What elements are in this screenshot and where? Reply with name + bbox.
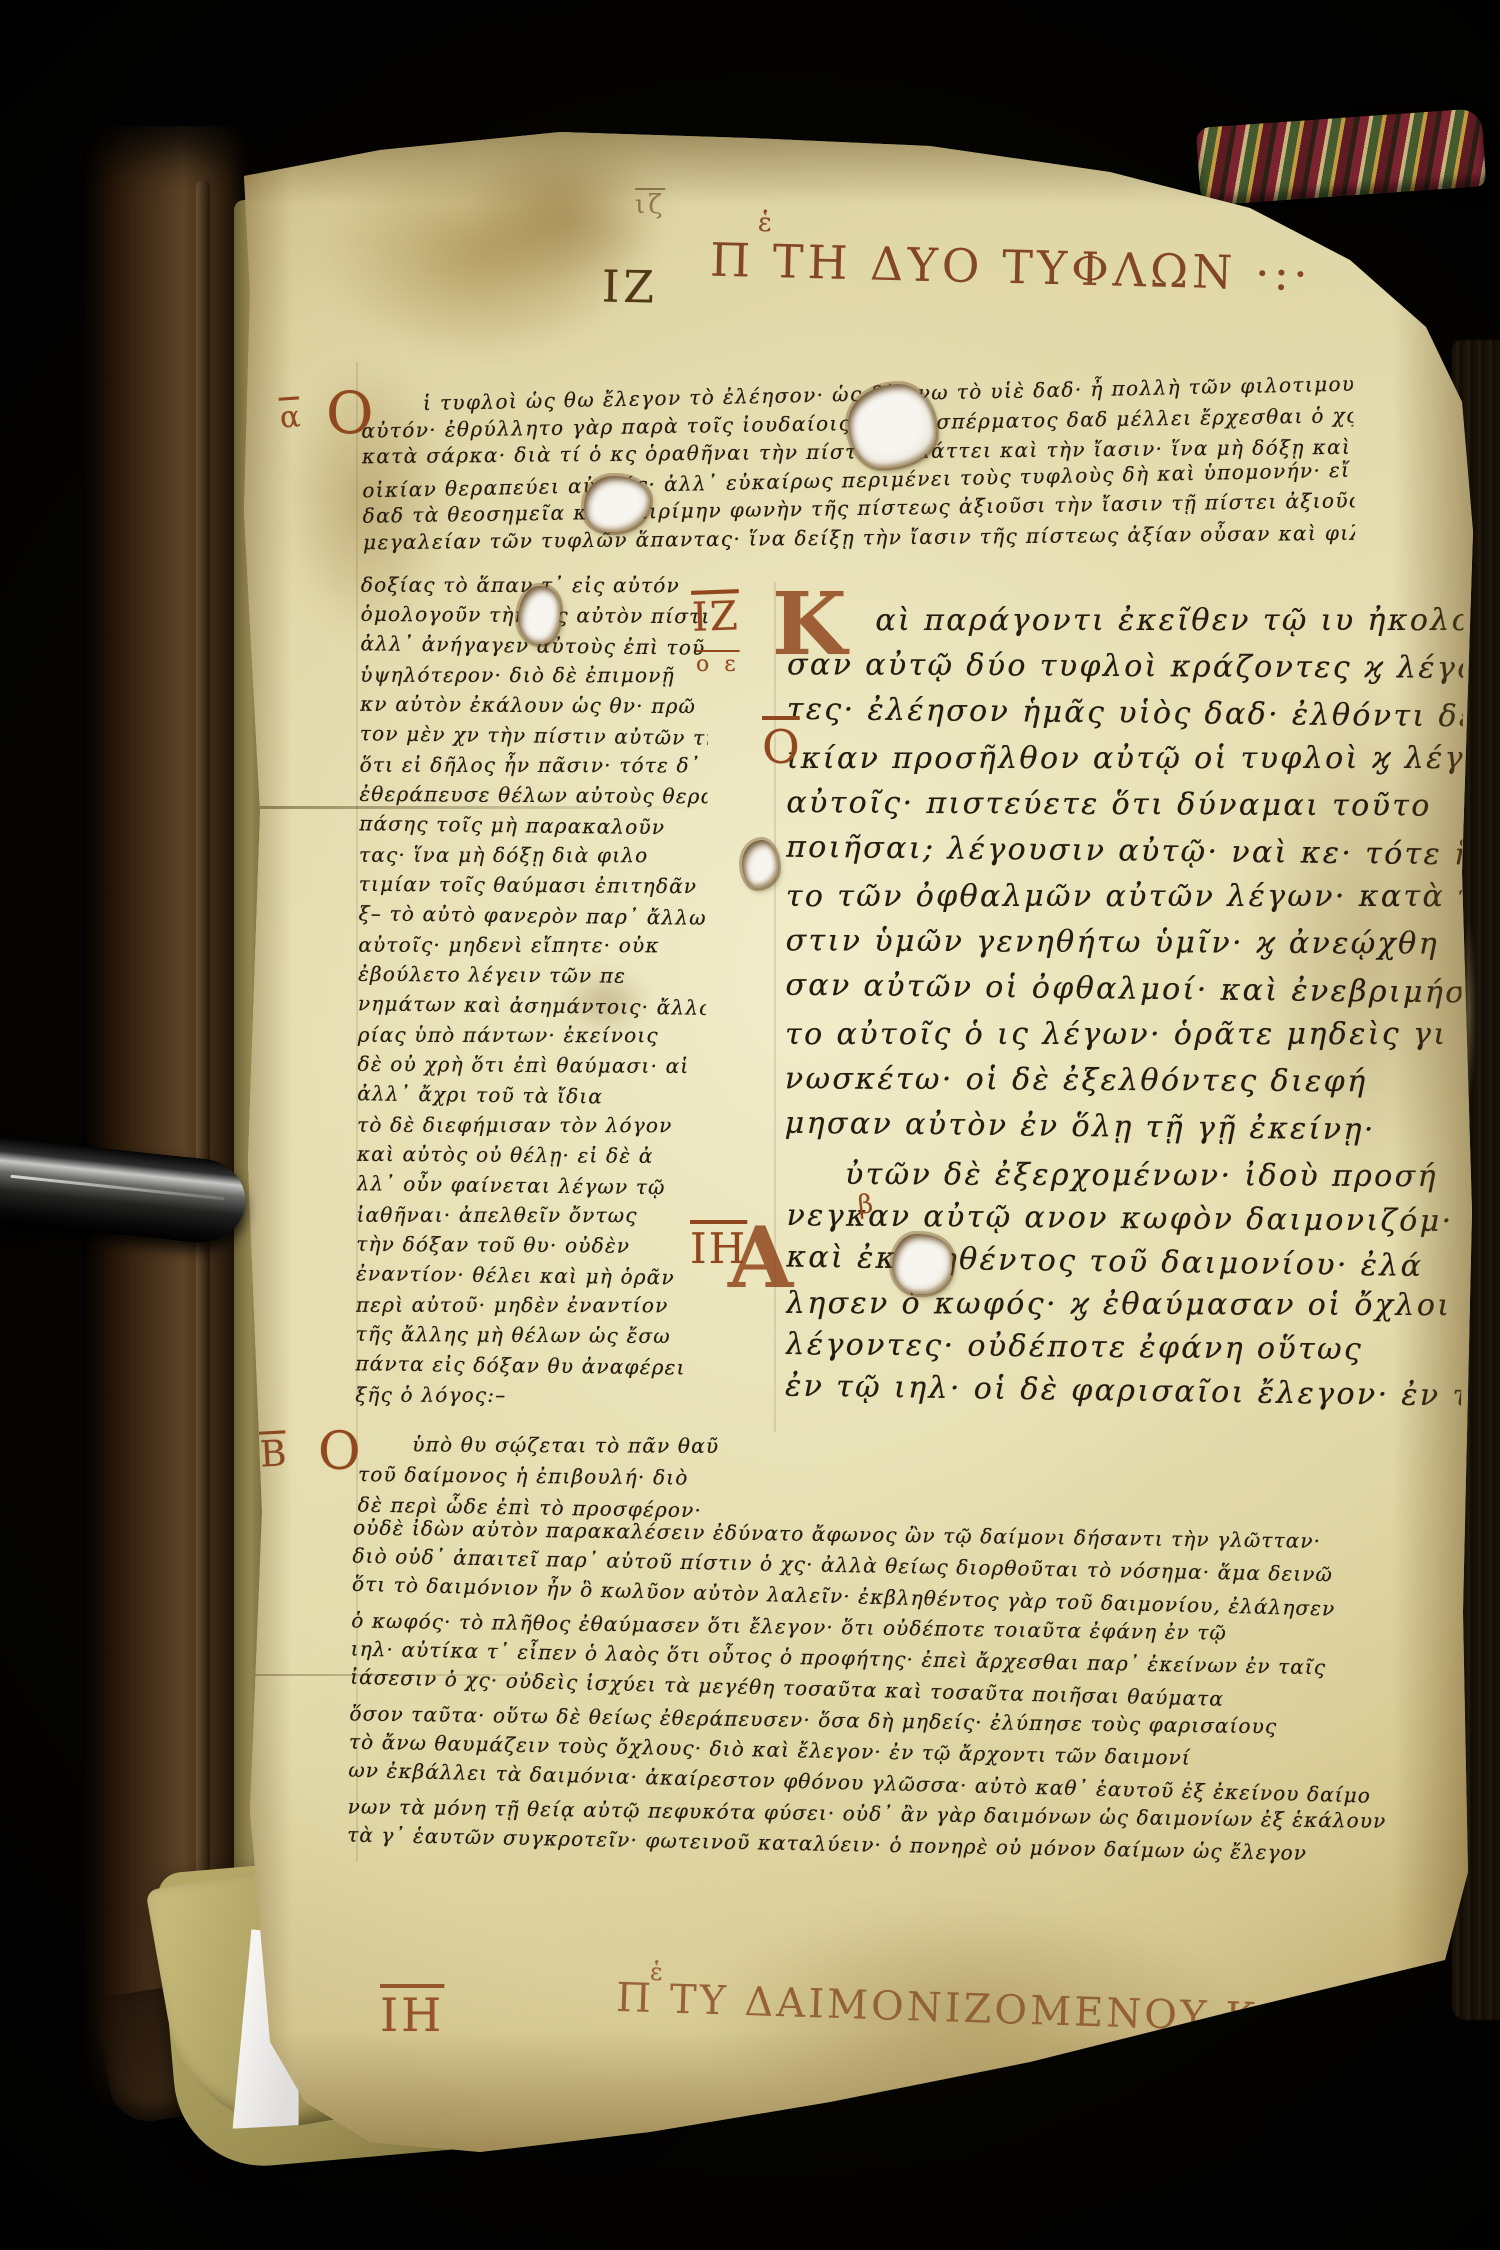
text-line: λέγοντες· οὐδέποτε ἐφάνη οὕτως: [785, 1323, 1461, 1372]
text-line: ἰαθῆναι· ἀπελθεῖν ὄντως: [356, 1200, 704, 1231]
text-line: μησαν αὐτὸν ἐν ὅλῃ τῇ γῇ ἐκείνῃ·: [785, 1101, 1461, 1155]
text-line: νεγκαν αὐτῷ ανον κωφὸν δαιμονιζόμ·: [786, 1194, 1462, 1243]
text-line: ρίας ὑπὸ πάντων· ἐκείνοις: [358, 1020, 706, 1051]
text-line: ξ– τὸ αὐτὸ φανερὸν παρ᾽ ἄλλων: [358, 898, 706, 933]
parchment-hole: [518, 586, 560, 644]
text-line: τες· ἐλέησον ἡμᾶς υἱὸς δαδ· ἐλθόντι δὲ ε…: [787, 687, 1463, 741]
parchment-stain: [700, 1902, 1240, 2132]
rubric-initial-omicron-mid: Ο: [762, 724, 800, 770]
footer-superscript: ἑ: [650, 1958, 664, 1986]
leather-spine: [82, 126, 250, 2106]
text-line: νημάτων καὶ ἀσημάντοις· ἄλλο: [358, 988, 706, 1023]
text-line: ἐναντίον· θέλει καὶ μὴ ὁρᾶν: [356, 1258, 704, 1293]
text-line: στιν ὑμῶν γενηθήτω ὑμῖν· ϗ ἀνεῴχθη: [786, 918, 1462, 968]
text-line: δὲ οὐ χρὴ ὅτι ἐπὶ θαύμασι· αἱ: [357, 1049, 705, 1081]
footer-kephalaion-number: ΙΗ: [380, 1988, 444, 2042]
text-line: τὴν δόξαν τοῦ θυ· οὐδὲν: [356, 1229, 704, 1261]
text-line: ὐτῶν δὲ ἐξερχομένων· ἰδοὺ προσή: [787, 1153, 1463, 1198]
text-line: τὸ δὲ διεφήμισαν τὸν λόγον: [357, 1110, 705, 1141]
text-line: τοῦ δαίμονος ἡ ἐπιβουλή· διὸ: [358, 1459, 718, 1494]
marginal-number-17: ΙΖ: [691, 593, 740, 641]
text-line: τιμίαν τοῖς θαύμασι ἐπιτηδᾶν: [359, 869, 707, 901]
text-line: ὅτι εἰ δῆλος ἦν πᾶσιν· τότε δ᾽: [360, 750, 708, 781]
section-mark-beta: β: [856, 1189, 874, 1220]
marginal-letter-beta: Β: [259, 1433, 288, 1475]
text-line: ἐβούλετο λέγειν τῶν πε: [358, 959, 706, 991]
text-line: ἐν τῷ ιηλ· οἱ δὲ φαρισαῖοι ἔλεγον· ἐν τῷ: [785, 1364, 1462, 1417]
text-line: καὶ αὐτὸς οὐ θέλῃ· εἰ δὲ ἀ: [357, 1139, 705, 1171]
marginal-letter-alpha: α: [279, 399, 302, 435]
rubric-initial-alpha: Α: [728, 1216, 793, 1300]
folio-number-faint: ιζ: [635, 190, 665, 220]
marginal-note: ο ε: [696, 652, 740, 677]
parchment-hole: [892, 1234, 952, 1294]
text-line: ἀλλ᾽ ἄχρι τοῦ τὰ ἴδια: [357, 1078, 705, 1113]
parchment-hole: [848, 384, 936, 468]
text-line: ὑπὸ θυ σῴζεται τὸ πᾶν θαῦμα: [358, 1429, 718, 1462]
parchment-page: ιζ ΙΖ ἑ Π ΤΗ ΔΥΟ ΤΥΦΛΩΝ ·:· α Ο ἱ τυφλοὶ…: [230, 112, 1480, 2174]
text-line: αὶ παράγοντι ἐκεῖθεν τῷ ιυ ἠκολούθη: [787, 598, 1463, 644]
left-commentary-column: δοξίας τὸ ἅπαν τ᾽ εἰς αὐτόνὁμολογοῦν τὴν…: [355, 569, 709, 1423]
rubric-initial-kappa: Κ: [772, 582, 847, 668]
text-line: περὶ αὐτοῦ· μηδὲν ἐναντίον: [356, 1290, 704, 1321]
text-line: ποιῆσαι; λέγουσιν αὐτῷ· ναὶ κε· τότε ἥψα: [786, 825, 1462, 879]
gospel-text-section-17: αὶ παράγοντι ἐκεῖθεν τῷ ιυ ἠκολούθησαν α…: [785, 596, 1464, 1156]
rubric-initial-omicron: Ο: [326, 384, 374, 442]
text-line: ξῆς ὁ λόγος:–: [355, 1380, 703, 1411]
manuscript-photo: ιζ ΙΖ ἑ Π ΤΗ ΔΥΟ ΤΥΦΛΩΝ ·:· α Ο ἱ τυφλοὶ…: [0, 0, 1500, 2250]
text-line: αὐτοῖς· μηδενὶ εἴπητε· οὐκ: [358, 930, 706, 961]
text-line: πάντα εἰς δόξαν θυ ἀναφέρει: [355, 1348, 703, 1383]
rubric-initial-omicron-2: Ο: [318, 1426, 361, 1478]
kephalaion-number-ink: ΙΖ: [602, 262, 659, 314]
text-line: ικίαν προσῆλθον αὐτῷ οἱ τυφλοὶ ϗ λέγει: [787, 736, 1463, 782]
text-line: λησεν ὁ κωφός· ϗ ἐθαύμασαν οἱ ὄχλοι: [786, 1282, 1462, 1327]
gospel-text-section-18: ὐτῶν δὲ ἐξερχομένων· ἰδοὺ προσήνεγκαν αὐ…: [785, 1151, 1463, 1425]
leather-spine-ridge: [196, 180, 210, 2030]
text-line: ἐθεράπευσε θέλων αὐτοὺς θερα: [359, 779, 707, 811]
text-line: το τῶν ὀφθαλμῶν αὐτῶν λέγων· κατὰ τὴν πί: [786, 874, 1462, 920]
title-superscript: ἑ: [757, 208, 772, 238]
text-line: ὑψηλότερον· διὸ δὲ ἐπιμονῇ: [360, 660, 708, 691]
text-line: καὶ ἐκβληθέντος τοῦ δαιμονίου· ἐλά: [786, 1235, 1463, 1288]
text-line: τον μὲν χν τὴν πίστιν αὐτῶν τῆς: [360, 718, 708, 753]
text-line: νωσκέτω· οἱ δὲ ἐξελθόντες διεφή: [785, 1056, 1461, 1106]
text-line: τῆς ἄλλης μὴ θέλων ὡς ἔσω: [356, 1319, 704, 1351]
text-line: σαν αὐτῶν οἱ ὀφθαλμοί· καὶ ἐνεβριμήσα: [785, 963, 1461, 1017]
text-line: λλ᾽ οὖν φαίνεται λέγων τῷ: [356, 1168, 704, 1203]
bottom-commentary-block: οὐδὲ ἰδὼν αὐτὸν παρακαλέσειν ἐδύνατο ἄφω…: [347, 1510, 1445, 1879]
chapter-title: Π ΤΗ ΔΥΟ ΤΥΦΛΩΝ ·:·: [709, 233, 1312, 302]
endband-textile: [1196, 108, 1487, 206]
text-line: το αὐτοῖς ὁ ις λέγων· ὁρᾶτε μηδεὶς γι: [785, 1012, 1461, 1058]
text-line: κν αὐτὸν ἐκάλουν ὡς θν· πρῶ: [360, 689, 708, 721]
text-line: τας· ἵνα μὴ δόξῃ διὰ φιλο: [359, 840, 707, 871]
text-line: αὐτοῖς· πιστεύετε ὅτι δύναμαι τοῦτο: [786, 780, 1462, 830]
text-line: πάσης τοῖς μὴ παρακαλοῦν: [359, 808, 707, 843]
text-line: σαν αὐτῷ δύο τυφλοὶ κράζοντες ϗ λέγον: [787, 642, 1463, 692]
parchment-hole: [742, 840, 778, 888]
